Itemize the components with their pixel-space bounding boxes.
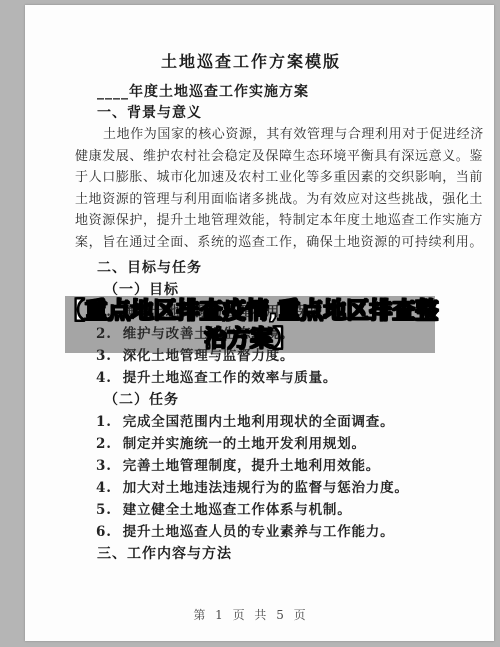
paragraph-line: 土地资源的管理与利用面临诸多挑战。为有效应对这些挑战，强化土 <box>75 192 483 208</box>
paragraph-line: 地资源保护，提升土地管理效能，特制定本年度土地巡查工作实施方 <box>75 213 483 229</box>
paragraph-line: 案，旨在通过全面、系统的巡查工作，确保土地资源的可持续利用。 <box>75 235 483 251</box>
task-item: 2. 制定并实施统一的土地开发利用规划。 <box>96 436 366 452</box>
task-item: 5. 建立健全土地巡查工作体系与机制。 <box>96 502 352 518</box>
watermark-text-line: 治方案】 <box>204 325 296 353</box>
document-subtitle: ____年度土地巡查工作实施方案 <box>97 84 309 100</box>
section-heading-methods: 三、工作内容与方法 <box>97 546 232 562</box>
document-title: 土地巡查工作方案模版 <box>65 54 437 70</box>
subsection-heading-tasks: （二）任务 <box>104 392 179 408</box>
task-item: 6. 提升土地巡查人员的专业素养与工作能力。 <box>96 524 394 540</box>
paragraph-line: 于人口膨胀、城市化加速及农村工业化等多重因素的交织影响，当前 <box>75 170 483 186</box>
section-heading-background: 一、背景与意义 <box>97 105 202 121</box>
goal-item: 4. 提升土地巡查工作的效率与质量。 <box>96 370 337 386</box>
paragraph-line: 健康发展、维护农村社会稳定及保障生态环境平衡具有深远意义。鉴 <box>75 149 483 165</box>
page-number-footer: 第 1 页 共 5 页 <box>65 607 437 623</box>
task-item: 1. 完成全国范围内土地利用现状的全面调查。 <box>96 414 394 430</box>
section-heading-goals-tasks: 二、目标与任务 <box>97 260 202 276</box>
watermark-text-line: 【重点地区排查疫情,重点地区排查整 <box>62 297 439 325</box>
watermark-banner: 【重点地区排查疫情,重点地区排查整 治方案】 <box>65 296 435 353</box>
task-item: 3. 完善土地管理制度，提升土地利用效能。 <box>96 458 380 474</box>
document-viewport: 土地巡查工作方案模版 ____年度土地巡查工作实施方案 一、背景与意义 土地作为… <box>0 0 500 647</box>
task-item: 4. 加大对土地违法违规行为的监督与惩治力度。 <box>96 480 409 496</box>
paragraph-line: 土地作为国家的核心资源，其有效管理与合理利用对于促进经济 <box>103 127 484 143</box>
